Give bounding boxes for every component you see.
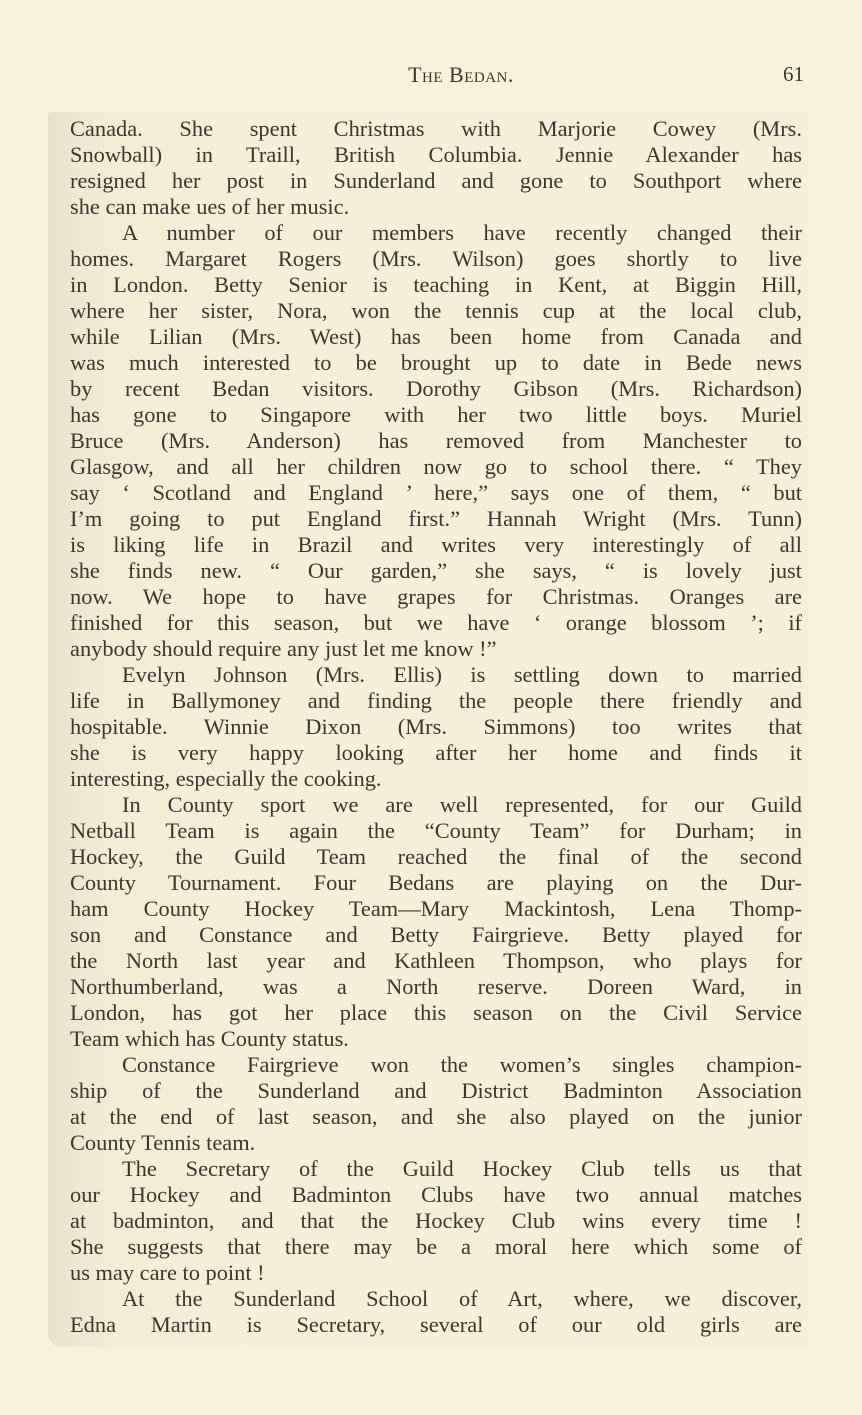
- text-line: finished for this season, but we have ‘ …: [70, 610, 802, 636]
- text-line: I’m going to put England first.” Hannah …: [70, 506, 802, 532]
- paragraph: Evelyn Johnson (Mrs. Ellis) is settling …: [70, 662, 802, 792]
- text-line: Netball Team is again the “County Team” …: [70, 818, 802, 844]
- text-line: life in Ballymoney and finding the peopl…: [70, 688, 802, 714]
- text-line: County Tournament. Four Bedans are playi…: [70, 870, 802, 896]
- text-line: the North last year and Kathleen Thompso…: [70, 948, 802, 974]
- text-line: where her sister, Nora, won the tennis c…: [70, 298, 802, 324]
- text-line: In County sport we are well represented,…: [70, 792, 802, 818]
- text-line: A number of our members have recently ch…: [70, 220, 802, 246]
- text-line: County Tennis team.: [70, 1130, 802, 1156]
- page-header: The Bedan. 61: [118, 62, 804, 96]
- text-line: now. We hope to have grapes for Christma…: [70, 584, 802, 610]
- text-line: hospitable. Winnie Dixon (Mrs. Simmons) …: [70, 714, 802, 740]
- text-line: homes. Margaret Rogers (Mrs. Wilson) goe…: [70, 246, 802, 272]
- text-line: is liking life in Brazil and writes very…: [70, 532, 802, 558]
- text-line: Hockey, the Guild Team reached the final…: [70, 844, 802, 870]
- text-line: Bruce (Mrs. Anderson) has removed from M…: [70, 428, 802, 454]
- text-line: she finds new. “ Our garden,” she says, …: [70, 558, 802, 584]
- text-line: Edna Martin is Secretary, several of our…: [70, 1312, 802, 1338]
- paragraph: At the Sunderland School of Art, where, …: [70, 1286, 802, 1338]
- paragraph: A number of our members have recently ch…: [70, 220, 802, 662]
- text-line: has gone to Singapore with her two littl…: [70, 402, 802, 428]
- text-line: Glasgow, and all her children now go to …: [70, 454, 802, 480]
- text-line: At the Sunderland School of Art, where, …: [70, 1286, 802, 1312]
- paragraph: The Secretary of the Guild Hockey Club t…: [70, 1156, 802, 1286]
- paragraph: Canada. She spent Christmas with Marjori…: [70, 116, 802, 220]
- text-line: Evelyn Johnson (Mrs. Ellis) is settling …: [70, 662, 802, 688]
- text-line: ham County Hockey Team—Mary Mackintosh, …: [70, 896, 802, 922]
- paragraph: Constance Fairgrieve won the women’s sin…: [70, 1052, 802, 1156]
- text-line: us may care to point !: [70, 1260, 802, 1286]
- text-line: at badminton, and that the Hockey Club w…: [70, 1208, 802, 1234]
- page-body: Canada. She spent Christmas with Marjori…: [70, 116, 802, 1338]
- text-line: interesting, especially the cooking.: [70, 766, 802, 792]
- text-line: anybody should require any just let me k…: [70, 636, 802, 662]
- text-line: Constance Fairgrieve won the women’s sin…: [70, 1052, 802, 1078]
- paragraph: In County sport we are well represented,…: [70, 792, 802, 1052]
- book-page: The Bedan. 61 Canada. She spent Christma…: [0, 0, 862, 1415]
- text-line: son and Constance and Betty Fairgrieve. …: [70, 922, 802, 948]
- text-line: London, has got her place this season on…: [70, 1000, 802, 1026]
- running-title: The Bedan.: [118, 62, 804, 88]
- text-line: by recent Bedan visitors. Dorothy Gibson…: [70, 376, 802, 402]
- text-line: she can make ues of her music.: [70, 194, 802, 220]
- text-line: The Secretary of the Guild Hockey Club t…: [70, 1156, 802, 1182]
- text-line: Canada. She spent Christmas with Marjori…: [70, 116, 802, 142]
- text-line: our Hockey and Badminton Clubs have two …: [70, 1182, 802, 1208]
- text-line: She suggests that there may be a moral h…: [70, 1234, 802, 1260]
- text-line: ship of the Sunderland and District Badm…: [70, 1078, 802, 1104]
- text-line: resigned her post in Sunderland and gone…: [70, 168, 802, 194]
- text-line: while Lilian (Mrs. West) has been home f…: [70, 324, 802, 350]
- text-line: at the end of last season, and she also …: [70, 1104, 802, 1130]
- text-line: was much interested to be brought up to …: [70, 350, 802, 376]
- text-line: Northumberland, was a North reserve. Dor…: [70, 974, 802, 1000]
- text-line: Snowball) in Traill, British Columbia. J…: [70, 142, 802, 168]
- text-line: she is very happy looking after her home…: [70, 740, 802, 766]
- page-number: 61: [783, 62, 804, 87]
- text-line: in London. Betty Senior is teaching in K…: [70, 272, 802, 298]
- text-line: say ‘ Scotland and England ’ here,” says…: [70, 480, 802, 506]
- text-line: Team which has County status.: [70, 1026, 802, 1052]
